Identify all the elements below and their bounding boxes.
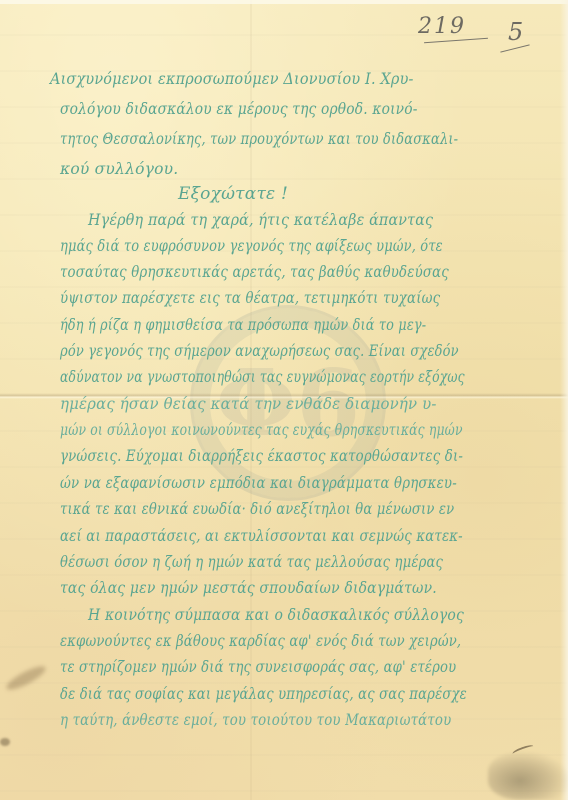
letter-body: Αισχυνόμενοι εκπροσωπούμεν Διονυσίου Ι. … <box>0 0 568 800</box>
letter-line: κού συλλόγου. <box>60 160 178 178</box>
letter-line: τοσαύτας θρησκευτικάς αρετάς, τας βαθύς … <box>60 263 449 281</box>
letter-line: θέσωσι όσον η ζωή η ημών κατά τας μελλού… <box>60 553 443 571</box>
letter-line: Η κοινότης σύμπασα και ο διδασκαλικός σύ… <box>88 606 464 624</box>
letter-line: ημάς διά το ευφρόσυνον γεγονός της αφίξε… <box>60 237 443 255</box>
letter-page: Φ6 219 5 Αισχυνόμενοι εκπροσωπούμεν Διον… <box>0 0 568 800</box>
letter-line: η ταύτη, άνθεστε εμοί, του τοιούτου του … <box>60 711 451 729</box>
letter-line: ών να εξαφανίσωσιν εμπόδια και διαγράμμα… <box>60 474 457 492</box>
letter-line: Ηγέρθη παρά τη χαρά, ήτις κατέλαβε άπαντ… <box>88 211 433 229</box>
letter-line: ήδη ή ρίζα η φημισθείσα τα πρόσωπα ημών … <box>60 316 426 334</box>
letter-line: τητος Θεσσαλονίκης, των προυχόντων και τ… <box>60 130 458 148</box>
letter-line: τας όλας μεν ημών μεστάς σπουδαίων διδαγ… <box>60 579 437 597</box>
letter-line: δε διά τας σοφίας και μεγάλας υπηρεσίας,… <box>60 685 467 703</box>
letter-salutation: Εξοχώτατε ! <box>178 184 288 204</box>
letter-line: τικά τε και εθνικά ευωδία· διό ανεξίτηλο… <box>60 500 454 518</box>
letter-line: ύψιστον παρέσχετε εις τα θέατρα, τετιμηκ… <box>60 289 440 307</box>
letter-line: γνώσεις. Εύχομαι διαρρήξεις έκαστος κατο… <box>60 447 463 465</box>
letter-line: Αισχυνόμενοι εκπροσωπούμεν Διονυσίου Ι. … <box>50 70 414 88</box>
letter-line: σολόγου διδασκάλου εκ μέρους της ορθοδ. … <box>60 100 418 118</box>
letter-line: μών οι σύλλογοι κοινωνούντες τας ευχάς θ… <box>60 421 463 439</box>
letter-line: αδύνατον να γνωστοποιηθώσι τας ευγνώμονα… <box>60 368 465 386</box>
letter-line: ρόν γεγονός της σήμερον αναχωρήσεως σας.… <box>60 342 459 360</box>
letter-line: εκφωνούντες εκ βάθους καρδίας αφ' ενός δ… <box>60 632 461 650</box>
letter-line: τε στηρίζομεν ημών διά της συνεισφοράς σ… <box>60 658 456 676</box>
letter-line: αεί αι παραστάσεις, αι εκτυλίσσονται και… <box>60 527 463 545</box>
letter-line: ημέρας ήσαν θείας κατά την ενθάδε διαμον… <box>60 395 437 413</box>
